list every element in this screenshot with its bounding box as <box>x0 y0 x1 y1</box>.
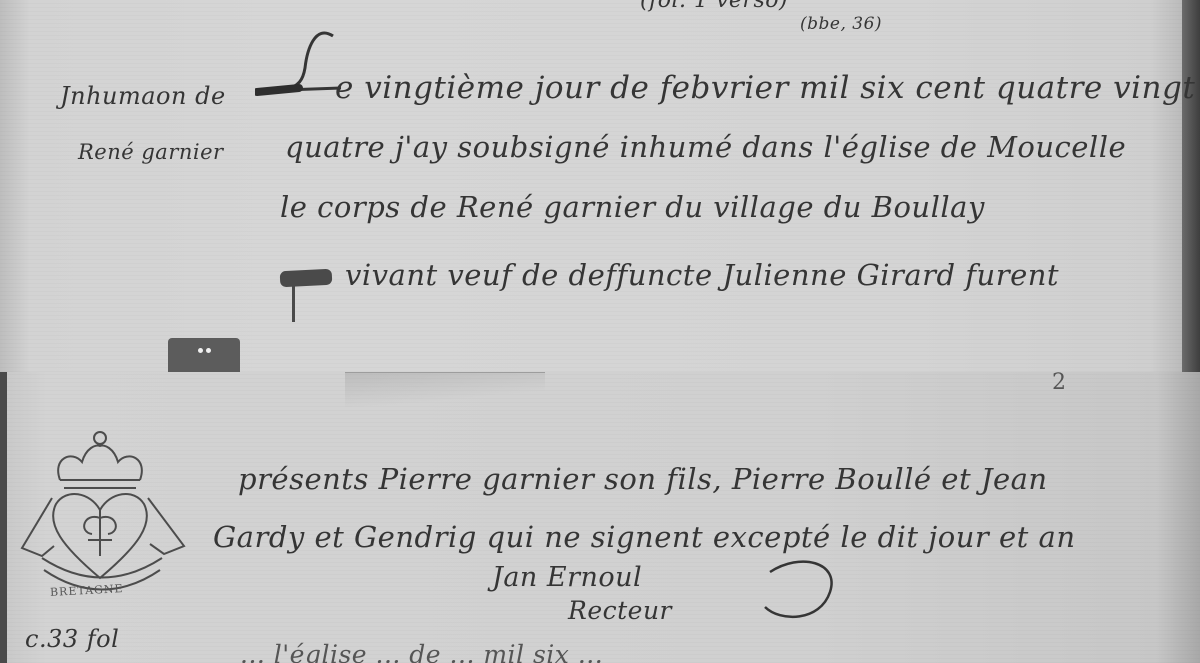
binding-shadow <box>1182 0 1200 372</box>
header-reference: (bbe, 36) <box>800 14 882 34</box>
margin-note-line-1: Jnhumaon de <box>60 82 226 110</box>
page-edge-shadow <box>0 372 7 663</box>
entry-line-4: vivant veuf de deffuncte Julienne Girard… <box>345 258 1059 292</box>
signature-title: Recteur <box>568 596 672 625</box>
header-note: (fol. 1 verso) <box>640 0 788 13</box>
ink-stroke <box>292 280 295 322</box>
clip-hole-icon <box>198 348 203 353</box>
register-scan: (fol. 1 verso) (bbe, 36) Jnhumaon de Ren… <box>0 0 1200 663</box>
entry-line-6: Gardy et Gendrig qui ne signent excepté … <box>213 520 1076 554</box>
entry-line-2: quatre j'ay soubsigné inhumé dans l'égli… <box>285 130 1126 164</box>
signature-flourish-icon <box>760 552 850 632</box>
struck-out-word <box>280 269 333 288</box>
clip-hole-icon <box>206 348 211 353</box>
binder-clip <box>168 338 240 372</box>
paper-fold <box>345 372 545 407</box>
top-page <box>0 0 1185 374</box>
page-number: 2 <box>1052 370 1067 395</box>
crown-fleur-de-lis-icon <box>12 428 192 600</box>
bretagne-stamp: BRETAGNE <box>12 428 192 600</box>
entry-line-cut-off: ... l'église ... de ... mil six ... <box>240 640 603 663</box>
entry-line-5: présents Pierre garnier son fils, Pierre… <box>238 462 1048 496</box>
signature-name: Jan Ernoul <box>492 562 642 593</box>
entry-line-1: e vingtième jour de febvrier mil six cen… <box>335 70 1195 106</box>
margin-note-line-2: René garnier <box>78 140 224 164</box>
entry-line-3: le corps de René garnier du village du B… <box>280 190 985 224</box>
folio-reference: c.33 fol <box>25 625 119 653</box>
